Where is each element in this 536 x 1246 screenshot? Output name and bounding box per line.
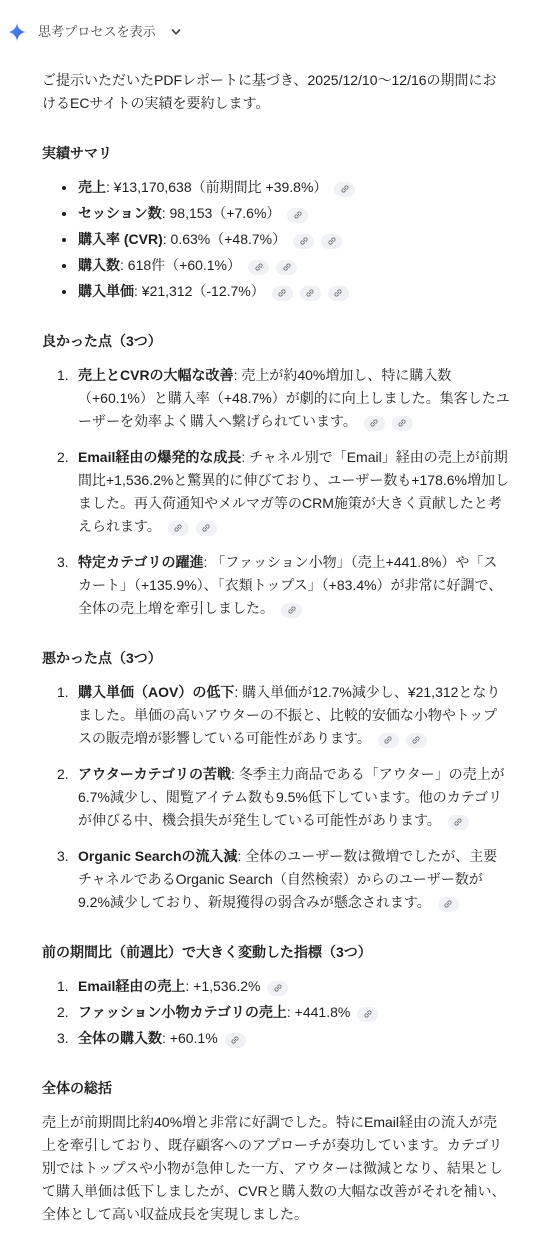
metric-value: : +1,536.2% <box>185 978 260 994</box>
section-heading-overall: 全体の総括 <box>42 1077 510 1100</box>
metric-label: 購入数 <box>78 257 120 273</box>
link-icon <box>228 1033 242 1047</box>
thinking-process-toggle[interactable]: 思考プロセスを表示 <box>0 16 536 47</box>
list-item: 売上とCVRの大幅な改善: 売上が約40%増加し、特に購入数（+60.1%）と購… <box>42 364 510 433</box>
response-body: ご提示いただいたPDFレポートに基づき、2025/12/10〜12/16の期間に… <box>0 47 536 1226</box>
source-link-chip[interactable] <box>300 286 321 301</box>
link-icon <box>271 981 285 995</box>
link-icon <box>251 260 265 274</box>
thinking-toggle-label: 思考プロセスを表示 <box>38 20 156 43</box>
link-icon <box>291 208 305 222</box>
summary-list: 売上: ¥13,170,638（前期間比 +39.8%） セッション数: 98,… <box>42 176 510 303</box>
list-item: 特定カテゴリの躍進: 「ファッション小物」（売上+441.8%）や「スカート」（… <box>42 551 510 620</box>
link-icon <box>171 521 185 535</box>
section-heading-bad-points: 悪かった点（3つ） <box>42 647 510 670</box>
list-item: 購入数: 618件（+60.1%） <box>42 254 510 277</box>
link-icon <box>361 1007 375 1021</box>
point-label: 購入単価（AOV）の低下 <box>78 684 234 700</box>
source-link-chip[interactable] <box>438 897 459 912</box>
link-icon <box>367 416 381 430</box>
metric-label: 購入単価 <box>78 283 134 299</box>
bad-points-list: 購入単価（AOV）の低下: 購入単価が12.7%減少し、¥21,312となりまし… <box>42 681 510 914</box>
section-heading-good-points: 良かった点（3つ） <box>42 330 510 353</box>
metric-label: 売上 <box>78 179 106 195</box>
section-heading-changed-metrics: 前の期間比（前週比）で大きく変動した指標（3つ） <box>42 941 510 964</box>
intro-paragraph: ご提示いただいたPDFレポートに基づき、2025/12/10〜12/16の期間に… <box>42 69 510 115</box>
link-icon <box>381 733 395 747</box>
source-link-chip[interactable] <box>334 182 355 197</box>
source-link-chip[interactable] <box>225 1033 246 1048</box>
source-link-chip[interactable] <box>281 603 302 618</box>
list-item: 売上: ¥13,170,638（前期間比 +39.8%） <box>42 176 510 199</box>
chat-response: 思考プロセスを表示 ご提示いただいたPDFレポートに基づき、2025/12/10… <box>0 0 536 1246</box>
link-icon <box>409 733 423 747</box>
metric-value: : ¥13,170,638（前期間比 +39.8%） <box>106 179 327 195</box>
link-icon <box>199 521 213 535</box>
source-link-chip[interactable] <box>196 521 217 536</box>
metric-value: : 0.63%（+48.7%） <box>163 231 286 247</box>
link-icon <box>451 815 465 829</box>
good-points-list: 売上とCVRの大幅な改善: 売上が約40%増加し、特に購入数（+60.1%）と購… <box>42 364 510 620</box>
metric-value: : +441.8% <box>287 1004 350 1020</box>
metric-label: Email経由の売上 <box>78 978 185 994</box>
source-link-chip[interactable] <box>168 521 189 536</box>
point-label: アウターカテゴリの苦戦 <box>78 766 231 782</box>
source-link-chip[interactable] <box>287 208 308 223</box>
gemini-sparkle-icon <box>8 23 26 41</box>
list-item: Email経由の爆発的な成長: チャネル別で「Email」経由の売上が前期間比+… <box>42 446 510 538</box>
metric-label: ファッション小物カテゴリの売上 <box>78 1004 287 1020</box>
link-icon <box>395 416 409 430</box>
source-link-chip[interactable] <box>276 260 297 275</box>
link-icon <box>279 260 293 274</box>
list-item: ファッション小物カテゴリの売上: +441.8% <box>42 1001 510 1024</box>
metric-value: : 618件（+60.1%） <box>120 257 241 273</box>
metric-value: : 98,153（+7.6%） <box>162 205 281 221</box>
metric-label: 全体の購入数 <box>78 1030 162 1046</box>
overall-summary-paragraph: 売上が前期間比約40%増と非常に好調でした。特にEmail経由の流入が売上を牽引… <box>42 1111 510 1226</box>
link-icon <box>284 603 298 617</box>
list-item: 購入率 (CVR): 0.63%（+48.7%） <box>42 228 510 251</box>
point-label: 売上とCVRの大幅な改善 <box>78 367 234 383</box>
source-link-chip[interactable] <box>378 733 399 748</box>
source-link-chip[interactable] <box>328 286 349 301</box>
list-item: 購入単価（AOV）の低下: 購入単価が12.7%減少し、¥21,312となりまし… <box>42 681 510 750</box>
source-link-chip[interactable] <box>448 815 469 830</box>
metric-value: : ¥21,312（-12.7%） <box>134 283 265 299</box>
changed-metrics-list: Email経由の売上: +1,536.2% ファッション小物カテゴリの売上: +… <box>42 975 510 1050</box>
link-icon <box>275 286 289 300</box>
section-heading-summary: 実績サマリ <box>42 142 510 165</box>
point-label: 特定カテゴリの躍進 <box>78 554 203 570</box>
source-link-chip[interactable] <box>357 1007 378 1022</box>
link-icon <box>331 286 345 300</box>
list-item: Organic Searchの流入減: 全体のユーザー数は微増でしたが、主要チャ… <box>42 845 510 914</box>
link-icon <box>297 234 311 248</box>
list-item: 全体の購入数: +60.1% <box>42 1027 510 1050</box>
list-item: セッション数: 98,153（+7.6%） <box>42 202 510 225</box>
chevron-down-icon <box>170 26 182 38</box>
source-link-chip[interactable] <box>293 234 314 249</box>
source-link-chip[interactable] <box>321 234 342 249</box>
point-label: Email経由の爆発的な成長 <box>78 449 241 465</box>
link-icon <box>325 234 339 248</box>
source-link-chip[interactable] <box>267 981 288 996</box>
point-label: Organic Searchの流入減 <box>78 848 238 864</box>
list-item: アウターカテゴリの苦戦: 冬季主力商品である「アウター」の売上が6.7%減少し、… <box>42 763 510 832</box>
source-link-chip[interactable] <box>248 260 269 275</box>
list-item: Email経由の売上: +1,536.2% <box>42 975 510 998</box>
source-link-chip[interactable] <box>406 733 427 748</box>
link-icon <box>338 182 352 196</box>
metric-label: 購入率 (CVR) <box>78 231 163 247</box>
metric-value: : +60.1% <box>162 1030 218 1046</box>
source-link-chip[interactable] <box>272 286 293 301</box>
source-link-chip[interactable] <box>364 416 385 431</box>
link-icon <box>441 897 455 911</box>
source-link-chip[interactable] <box>392 416 413 431</box>
metric-label: セッション数 <box>78 205 162 221</box>
list-item: 購入単価: ¥21,312（-12.7%） <box>42 280 510 303</box>
link-icon <box>303 286 317 300</box>
